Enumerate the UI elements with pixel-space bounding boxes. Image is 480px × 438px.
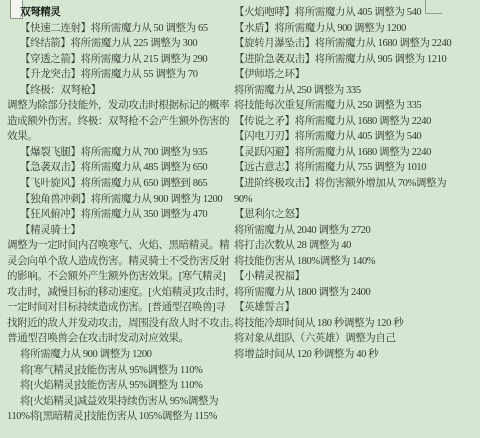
- text-line: 将所需魔力从 250 调整为 335: [234, 83, 474, 99]
- text-line: 【英雄誓言】: [234, 300, 474, 316]
- text-line: 【旋转月瀑坠击】将所需魔力从 1680 调整为 2240: [234, 36, 474, 52]
- document-page: 双弩精灵【快速二连射】将所需魔力从 50 调整为 65【终结箭】将所需魔力从 2…: [0, 0, 480, 438]
- text-line: 【快速二连射】将所需魔力从 50 调整为 65: [7, 21, 229, 37]
- text-line: 【爆裂飞腿】将所需魔力从 700 调整为 935: [7, 145, 229, 161]
- text-line: 造成额外伤害。终极：双弩枪不会产生额外伤害的: [7, 114, 229, 130]
- text-line: 将技能伤害从 180%调整为 140%: [234, 254, 474, 270]
- text-line: 【狂风俯冲】将所需魔力从 350 调整为 470: [7, 207, 229, 223]
- text-line: 将打击次数从 28 调整为 40: [234, 238, 474, 254]
- text-line: 【飞叶旋风】将所需魔力从 650 调整到 865: [7, 176, 229, 192]
- class-title: 双弩精灵: [7, 5, 229, 21]
- text-line: 【火焰咆哮】将所需魔力从 405 调整为 540: [234, 5, 474, 21]
- text-line: 将[火焰精灵]技能伤害从 95%调整为 110%: [7, 378, 229, 394]
- text-line: 【恩利尔之怒】: [234, 207, 474, 223]
- text-line: 将对象从组队（六英雄）调整为自己: [234, 331, 474, 347]
- text-line: 将所需魔力从 2040 调整为 2720: [234, 223, 474, 239]
- text-line: 【灵跃闪避】将所需魔力从 1680 调整为 2240: [234, 145, 474, 161]
- text-line: 【急袭双击】将所需魔力从 485 调整为 650: [7, 160, 229, 176]
- text-line: 【闪电刀刃】将所需魔力从 405 调整为 540: [234, 129, 474, 145]
- text-line: 将[火焰精灵]减益效果持续伤害从 95%调整为: [7, 394, 229, 410]
- text-line: 【升龙突击】将所需魔力从 55 调整为 70: [7, 67, 229, 83]
- text-line: 攻击时，减慢目标的移动速度。[火焰精灵]攻击时，: [7, 285, 229, 301]
- text-line: 【水盾】将所需魔力从 900 调整为 1200: [234, 21, 474, 37]
- text-line: 【伊师塔之环】: [234, 67, 474, 83]
- text-line: 效果。: [7, 129, 229, 145]
- text-line: 找附近的敌人并发动攻击，周围没有敌人时不攻击。: [7, 316, 229, 332]
- text-line: 【进阶急袭双击】将所需魔力从 905 调整为 1210: [234, 52, 474, 68]
- text-line: 【精灵骑士】: [7, 223, 229, 239]
- text-line: 灵会向单个敌人造成伤害。精灵骑士不受伤害反射: [7, 254, 229, 270]
- text-line: 将技能每次重复所需魔力从 250 调整为 335: [234, 98, 474, 114]
- text-line: 【终结箭】将所需魔力从 225 调整为 300: [7, 36, 229, 52]
- text-line: 【穿透之箭】将所需魔力从 215 调整为 290: [7, 52, 229, 68]
- text-line: 一定时间对目标持续造成伤害。[普通型召唤兽]寻: [7, 300, 229, 316]
- text-line: 调整为一定时间内召唤寒气、火焰、黑暗精灵。精: [7, 238, 229, 254]
- text-line: 将所需魔力从 1800 调整为 2400: [234, 285, 474, 301]
- text-line: 【远古意志】将所需魔力从 755 调整为 1010: [234, 160, 474, 176]
- right-column: 【火焰咆哮】将所需魔力从 405 调整为 540【水盾】将所需魔力从 900 调…: [234, 5, 474, 363]
- text-line: 将所需魔力从 900 调整为 1200: [7, 347, 229, 363]
- left-column: 双弩精灵【快速二连射】将所需魔力从 50 调整为 65【终结箭】将所需魔力从 2…: [7, 5, 229, 425]
- text-line: 【小精灵祝福】: [234, 269, 474, 285]
- text-line: 【独角兽冲刺】将所需魔力从 900 调整为 1200: [7, 192, 229, 208]
- text-line: 调整为除部分技能外，发动攻击时根据标记的概率: [7, 98, 229, 114]
- text-line: 将技能冷却时间从 180 秒调整为 120 秒: [234, 316, 474, 332]
- text-line: 110%将[黑暗精灵]技能伤害从 105%调整为 115%: [7, 409, 229, 425]
- text-line: 90%: [234, 192, 474, 208]
- text-line: 【进阶终极攻击】将伤害额外增加从 70%调整为: [234, 176, 474, 192]
- text-line: 普通型召唤兽会在攻击时发动对应效果。: [7, 331, 229, 347]
- text-line: 将增益时间从 120 秒调整为 40 秒: [234, 347, 474, 363]
- text-line: 【传说之矛】将所需魔力从 1680 调整为 2240: [234, 114, 474, 130]
- text-line: 的影响。不会额外产生额外伤害效果。[寒气精灵]: [7, 269, 229, 285]
- text-line: 将[寒气精灵]技能伤害从 95%调整为 110%: [7, 363, 229, 379]
- text-line: 【终极：双弩枪】: [7, 83, 229, 99]
